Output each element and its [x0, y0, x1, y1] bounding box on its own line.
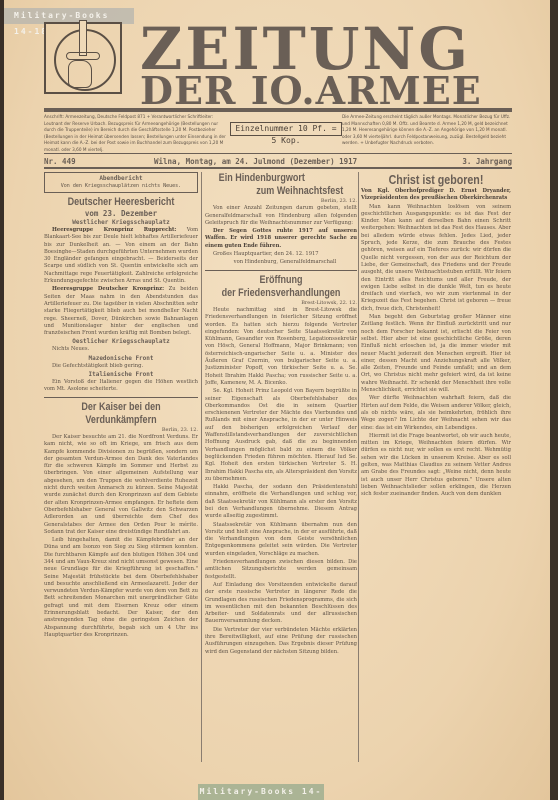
- evening-report-box: Abendbericht Von den Kriegsschauplätzen …: [44, 172, 198, 193]
- volume: 3. Jahrgang: [462, 157, 512, 166]
- paragraph: Auf Einladung des Vorsitzenden entwickel…: [205, 582, 357, 626]
- info-right: Die Armee-Zeitung erscheint täglich auße…: [342, 114, 512, 147]
- paragraph: Der Kaiser besuchte am 21. die Nordfront…: [44, 434, 198, 536]
- headline: Eröffnung: [219, 274, 344, 287]
- info-left: Anschrift: Armeezeitung, Deutsche Feldpo…: [44, 114, 230, 153]
- dateline-place: Brest-Litowsk, 22. 12.: [205, 300, 357, 307]
- paragraph: Vom Blankaart-See bis zur Deule hielt le…: [44, 227, 198, 284]
- paragraph: Wer dürfte Weihnachten wahrhaft feiern, …: [361, 395, 511, 431]
- headline: der Friedensverhandlungen: [219, 287, 344, 300]
- headline: zum Weihnachtsfest: [219, 185, 344, 198]
- paragraph: Ein Vorstoß der Italiener gegen die Höhe…: [44, 379, 198, 394]
- sword-fist-emblem-icon: [44, 22, 122, 94]
- lead: Heeresgruppe Kronprinz Rupprecht:: [52, 227, 176, 233]
- price-box: Einzelnummer 10 Pf. = 5 Kop.: [230, 122, 342, 136]
- section-heading: Westlicher Kriegsschauplatz: [44, 219, 198, 227]
- issue-date: Wilna, Montag, am 24. Julmond (Dezember)…: [154, 157, 357, 166]
- column-1: Abendbericht Von den Kriegsschauplätzen …: [44, 172, 198, 767]
- column-rule: [201, 172, 202, 762]
- watermark-bottom: Military-Books 14-18: [198, 784, 324, 800]
- headline: Deutscher Heeresbericht: [58, 196, 184, 209]
- paragraph: Nichts Neues.: [44, 346, 198, 353]
- paragraph: Man begeht den Geburtstag großer Männer …: [361, 314, 511, 394]
- masthead: ZEITUNG DER IO.ARMEE: [44, 22, 496, 104]
- divider: [44, 153, 512, 154]
- section-heading: Italienische Front: [44, 371, 198, 379]
- paragraph: Die Vertreter der vier verbündeten Mächt…: [205, 627, 357, 656]
- subscription-info: Anschrift: Armeezeitung, Deutsche Feldpo…: [44, 114, 512, 150]
- paragraph: Staatssekretär von Kühlmann übernahm nun…: [205, 522, 357, 558]
- dateline: Nr. 449 Wilna, Montag, am 24. Julmond (D…: [44, 157, 512, 167]
- paragraph: Hiermit ist die Frage beantwortet, ob wi…: [361, 433, 511, 499]
- paragraph: Se. Kgl. Hoheit Prinz Leopold von Bayern…: [205, 388, 357, 483]
- dateline-place: Berlin, 23. 12.: [205, 198, 357, 205]
- byline: Von Kgl. Oberhofprediger D. Ernst Dryand…: [361, 188, 511, 203]
- section-heading: Oestlicher Kriegsschauplatz: [44, 338, 198, 346]
- box-text: Von den Kriegsschauplätzen nichts Neues.: [48, 183, 194, 190]
- paragraph: Die Gefechtstätigkeit blieb gering.: [44, 363, 198, 370]
- issue-number: Nr. 449: [44, 157, 76, 166]
- signature: von Hindenburg, Generalfeldmarschall: [205, 259, 357, 266]
- headline: Christ ist geboren!: [375, 172, 498, 188]
- column-2: Ein Hindenburgwort zum Weihnachtsfest Be…: [205, 172, 357, 767]
- lead: Heeresgruppe Deutscher Kronprinz:: [52, 286, 164, 292]
- paragraph: Von einer Anzahl Zeitungen darum gebeten…: [205, 205, 357, 227]
- paragraph: Man kann Weihnachten loslösen von seinem…: [361, 204, 511, 313]
- paragraph: Friedensverhandlungen zwischen diesen bi…: [205, 559, 357, 581]
- divider: [44, 108, 512, 112]
- dateline-place: Berlin, 23. 12.: [44, 427, 198, 434]
- paragraph: Hakki Pascha, der sodann den Präsidenten…: [205, 484, 357, 520]
- headline: Der Kaiser bei den Verdunkämpfern: [58, 401, 184, 427]
- subheadline: vom 23. Dezember: [44, 209, 198, 219]
- newspaper-subtitle: DER IO.ARMEE: [140, 72, 482, 110]
- column-rule: [358, 172, 359, 762]
- quote: Der Segen Gottes ruhte 1917 auf unseren …: [205, 228, 357, 250]
- box-title: Abendbericht: [48, 175, 194, 183]
- column-3: Christ ist geboren! Von Kgl. Oberhofpred…: [361, 172, 511, 767]
- paragraph: Heute nachmittag sind in Brest-Litowsk d…: [205, 307, 357, 387]
- section-heading: Mazedonische Front: [44, 355, 198, 363]
- headline: Ein Hindenburgwort: [219, 172, 344, 185]
- paragraph: Zu beiden Seiten der Maas nahm in den Ab…: [44, 286, 198, 336]
- divider: [44, 167, 512, 169]
- paragraph: Großes Hauptquartier, den 24. 12. 1917: [205, 251, 357, 258]
- paragraph: Leib hingehalten, damit die Kämpfebrüder…: [44, 537, 198, 639]
